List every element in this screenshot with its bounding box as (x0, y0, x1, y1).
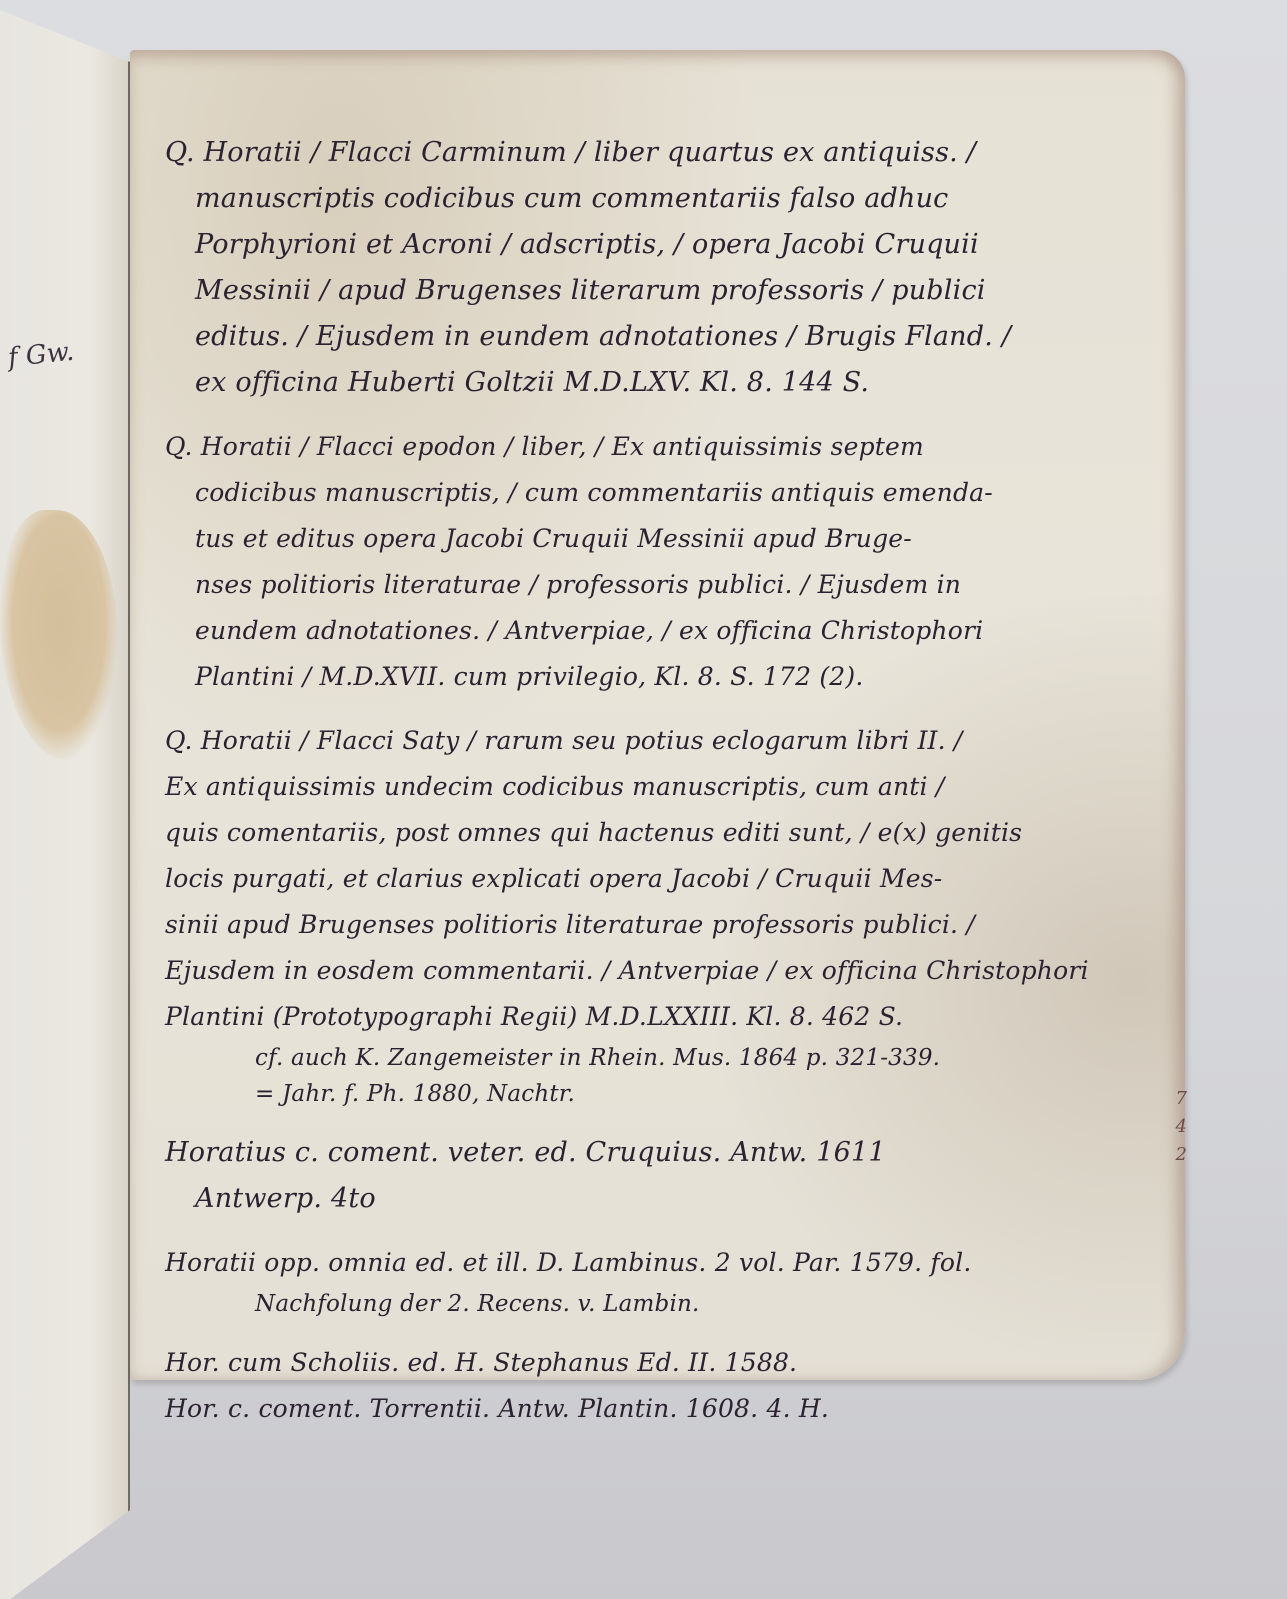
entry-carminum: Q. Horatii / Flacci Carminum / liber qua… (165, 130, 1175, 406)
entry-line: Hor. cum Scholiis. ed. H. Stephanus Ed. … (165, 1340, 1175, 1386)
entry-cruquius-1611: Horatius c. coment. veter. ed. Cruquius.… (165, 1130, 1175, 1222)
entry-line: sinii apud Brugenses politioris literatu… (165, 902, 1175, 948)
entry-line: editus. / Ejusdem in eundem adnotationes… (165, 314, 1175, 360)
entry-line: quis comentariis, post omnes qui hactenu… (165, 810, 1175, 856)
entry-line: Hor. c. coment. Torrentii. Antw. Plantin… (165, 1386, 1175, 1432)
entry-stephanus: Hor. cum Scholiis. ed. H. Stephanus Ed. … (165, 1340, 1175, 1386)
entry-note: cf. auch K. Zangemeister in Rhein. Mus. … (165, 1040, 1175, 1076)
edge-mark: 4 (1176, 1113, 1187, 1141)
entry-line: nses politioris literaturae / professori… (165, 562, 1175, 608)
entry-lambinus: Horatii opp. omnia ed. et ill. D. Lambin… (165, 1240, 1175, 1322)
entry-epodon: Q. Horatii / Flacci epodon / liber, / Ex… (165, 424, 1175, 700)
entry-line: codicibus manuscriptis, / cum commentari… (165, 470, 1175, 516)
entry-line: Messinii / apud Brugenses literarum prof… (165, 268, 1175, 314)
entry-line: Horatii opp. omnia ed. et ill. D. Lambin… (165, 1240, 1175, 1286)
entry-line: locis purgati, et clarius explicati oper… (165, 856, 1175, 902)
entry-note: Nachfolung der 2. Recens. v. Lambin. (165, 1286, 1175, 1322)
page-edge-marks: 7 4 2 (1176, 1085, 1187, 1169)
water-stain (0, 510, 118, 760)
entry-line: Q. Horatii / Flacci Saty / rarum seu pot… (165, 718, 1175, 764)
entry-line: Ejusdem in eosdem commentarii. / Antverp… (165, 948, 1175, 994)
entry-line: ex officina Huberti Goltzii M.D.LXV. Kl.… (165, 360, 1175, 406)
entry-line: manuscriptis codicibus cum commentariis … (165, 176, 1175, 222)
handwritten-entries: Q. Horatii / Flacci Carminum / liber qua… (165, 130, 1175, 1450)
entry-satyrarum: Q. Horatii / Flacci Saty / rarum seu pot… (165, 718, 1175, 1112)
entry-line: Plantini (Prototypographi Regii) M.D.LXX… (165, 994, 1175, 1040)
entry-line: tus et editus opera Jacobi Cruquii Messi… (165, 516, 1175, 562)
entry-line: eundem adnotationes. / Antverpiae, / ex … (165, 608, 1175, 654)
entry-line: Ex antiquissimis undecim codicibus manus… (165, 764, 1175, 810)
edge-mark: 7 (1176, 1085, 1187, 1113)
entry-torrentius: Hor. c. coment. Torrentii. Antw. Plantin… (165, 1386, 1175, 1432)
entry-line: Horatius c. coment. veter. ed. Cruquius.… (165, 1130, 1175, 1176)
entry-line: Plantini / M.D.XVII. cum privilegio, Kl.… (165, 654, 1175, 700)
edge-mark: 2 (1176, 1141, 1187, 1169)
entry-note: = Jahr. f. Ph. 1880, Nachtr. (165, 1076, 1175, 1112)
entry-line: Porphyrioni et Acroni / adscriptis, / op… (165, 222, 1175, 268)
left-page (0, 0, 130, 1599)
entry-line: Antwerp. 4to (165, 1176, 1175, 1222)
entry-line: Q. Horatii / Flacci epodon / liber, / Ex… (165, 424, 1175, 470)
entry-line: Q. Horatii / Flacci Carminum / liber qua… (165, 130, 1175, 176)
